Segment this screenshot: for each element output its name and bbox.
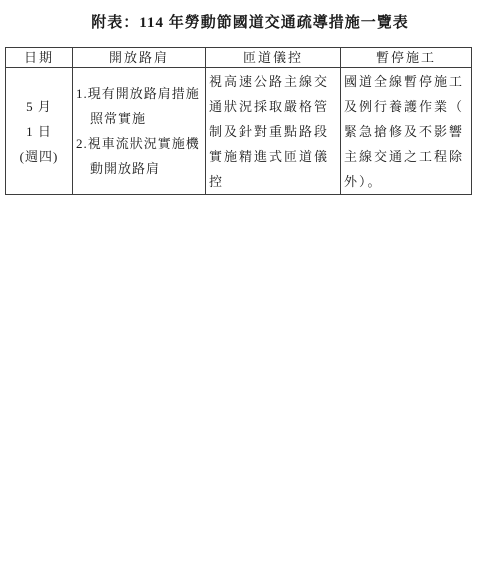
date-month: 5 月 — [6, 94, 72, 119]
list-item-text: 現有開放路肩措施照常實施 — [88, 86, 200, 126]
open-shoulder-cell: 1.現有開放路肩措施照常實施 2.視車流狀況實施機動開放路肩 — [73, 68, 206, 195]
header-cell-construction-halt: 暫停施工 — [341, 48, 472, 68]
ramp-metering-text: 視高速公路主線交通狀況採取嚴格管制及針對重點路段實施精進式匝道儀控 — [209, 69, 337, 194]
measures-table: 日期 開放路肩 匝道儀控 暫停施工 5 月 1 日 (週四) 1.現有開放路肩措… — [5, 47, 472, 195]
list-item-number: 2. — [76, 136, 88, 151]
list-item-number: 1. — [76, 86, 88, 101]
header-label-date: 日期 — [24, 50, 54, 65]
header-cell-ramp-metering: 匝道儀控 — [206, 48, 341, 68]
table-row: 5 月 1 日 (週四) 1.現有開放路肩措施照常實施 2.視車流狀況實施機動開… — [6, 68, 472, 195]
date-weekday: (週四) — [6, 144, 72, 169]
header-cell-date: 日期 — [6, 48, 73, 68]
page-title: 附表：114 年勞動節國道交通疏導措施一覽表 — [0, 0, 500, 34]
list-item: 2.視車流狀況實施機動開放路肩 — [76, 131, 202, 181]
date-cell: 5 月 1 日 (週四) — [6, 68, 73, 195]
header-label-open-shoulder: 開放路肩 — [109, 50, 169, 65]
ramp-metering-cell: 視高速公路主線交通狀況採取嚴格管制及針對重點路段實施精進式匝道儀控 — [206, 68, 341, 195]
header-label-construction-halt: 暫停施工 — [376, 50, 436, 65]
date-day: 1 日 — [6, 119, 72, 144]
list-item-text: 視車流狀況實施機動開放路肩 — [88, 136, 200, 176]
construction-halt-cell: 國道全線暫停施工及例行養護作業（緊急搶修及不影響主線交通之工程除外）。 — [341, 68, 472, 195]
list-item: 1.現有開放路肩措施照常實施 — [76, 81, 202, 131]
construction-halt-text: 國道全線暫停施工及例行養護作業（緊急搶修及不影響主線交通之工程除外）。 — [344, 69, 468, 194]
header-cell-open-shoulder: 開放路肩 — [73, 48, 206, 68]
header-label-ramp-metering: 匝道儀控 — [243, 50, 303, 65]
table-header-row: 日期 開放路肩 匝道儀控 暫停施工 — [6, 48, 472, 68]
